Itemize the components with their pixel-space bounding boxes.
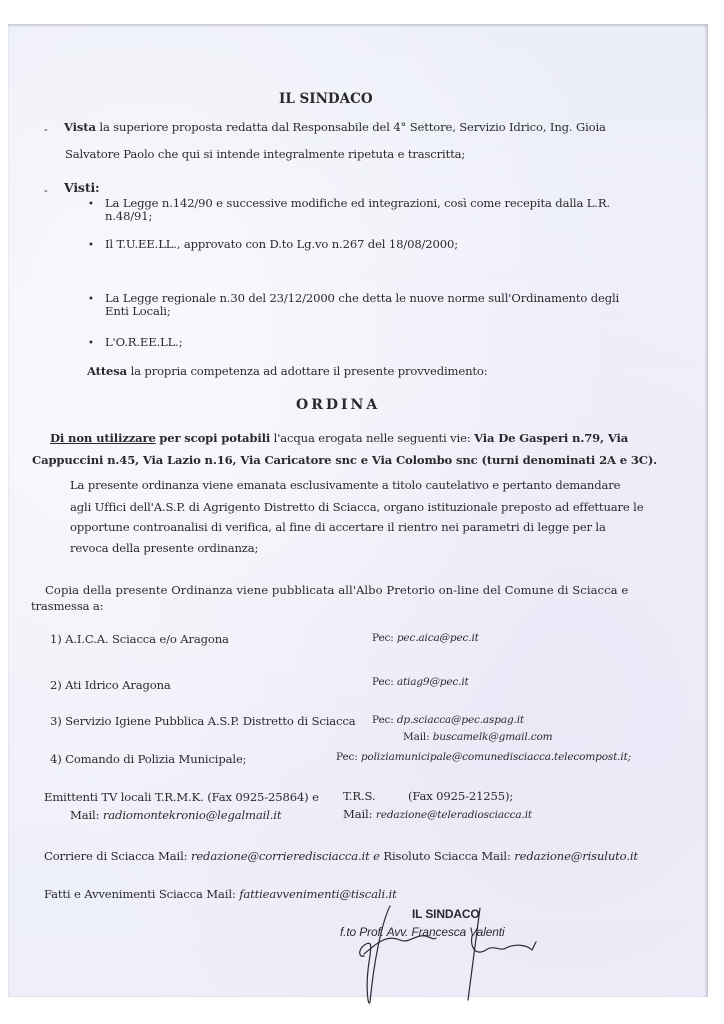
pec-label: Pec: bbox=[336, 751, 358, 763]
visti-item-3-line-1: La Legge regionale n.30 del 23/12/2000 c… bbox=[105, 291, 619, 305]
recipient-1-pec: Pec: pec.aica@pec.it bbox=[372, 631, 479, 645]
recipient-3-mail: Mail: buscamelk@gmail.com bbox=[403, 730, 552, 744]
handwritten-signature-icon bbox=[330, 900, 590, 1010]
recipient-2-pec: Pec: atiag9@pec.it bbox=[372, 675, 469, 689]
order-streets-1: Via De Gasperi n.79, Via bbox=[474, 431, 628, 445]
visti-item-1-line-1: La Legge n.142/90 e successive modifiche… bbox=[105, 196, 610, 210]
mail-label: Mail: bbox=[403, 731, 430, 743]
recipient-4-pec: Pec: poliziamunicipale@comunedisciacca.t… bbox=[336, 750, 631, 764]
vista-text: la superiore proposta redatta dal Respon… bbox=[99, 120, 605, 134]
media-trs-mail: Mail: redazione@teleradiosciacca.it bbox=[343, 807, 532, 822]
bullet-icon: • bbox=[88, 240, 94, 251]
recipient-3-email[interactable]: dp.sciacca@pec.aspag.it bbox=[397, 714, 524, 726]
trmk-email[interactable]: radiomontekronio@legalmail.it bbox=[103, 808, 281, 822]
order-streets-2: Cappuccini n.45, Via Lazio n.16, Via Car… bbox=[32, 453, 657, 467]
media-trmk: Emittenti TV locali T.R.M.K. (Fax 0925-2… bbox=[44, 790, 319, 804]
recipient-1-email[interactable]: pec.aica@pec.it bbox=[397, 632, 479, 644]
fatti-email[interactable]: fattieavvenimenti@tiscali.it bbox=[239, 887, 396, 901]
vista-label: Vista bbox=[64, 120, 96, 134]
media-corriere-risoluto: Corriere di Sciacca Mail: redazione@corr… bbox=[44, 849, 638, 863]
attesa-line: Attesa la propria competenza ad adottare… bbox=[87, 364, 488, 378]
copia-line-2: trasmessa a: bbox=[31, 599, 103, 613]
media-trmk-mail: Mail: radiomontekronio@legalmail.it bbox=[70, 808, 281, 822]
vista-line-1: Vista la superiore proposta redatta dal … bbox=[64, 120, 606, 134]
mail-label: Mail: bbox=[70, 808, 99, 822]
order-bold-1: per scopi potabili bbox=[159, 431, 270, 445]
recipient-1-name: 1) A.I.C.A. Sciacca e/o Aragona bbox=[50, 632, 229, 646]
conjunction: e bbox=[373, 849, 380, 863]
recipient-3-name: 3) Servizio Igiene Pubblica A.S.P. Distr… bbox=[50, 714, 355, 728]
order-text-1: l'acqua erogata nelle seguenti vie: bbox=[274, 431, 471, 445]
corriere-label: Corriere di Sciacca Mail: bbox=[44, 849, 187, 863]
visti-item-2: Il T.U.EE.LL., approvato con D.to Lg.vo … bbox=[105, 237, 458, 251]
order-underlined: Di non utilizzare bbox=[50, 431, 156, 445]
visti-label: Visti: bbox=[64, 181, 100, 195]
visti-item-3-line-2: Enti Locali; bbox=[105, 304, 171, 318]
copia-line-1: Copia della presente Ordinanza viene pub… bbox=[45, 583, 628, 597]
recipient-4-name: 4) Comando di Polizia Municipale; bbox=[50, 752, 246, 766]
mail-label: Mail: bbox=[343, 807, 372, 821]
recipient-3-pec: Pec: dp.sciacca@pec.aspag.it bbox=[372, 713, 524, 727]
risoluto-email[interactable]: redazione@risuluto.it bbox=[514, 849, 638, 863]
pec-label: Pec: bbox=[372, 676, 394, 688]
pec-label: Pec: bbox=[372, 632, 394, 644]
recipient-3-email-2[interactable]: buscamelk@gmail.com bbox=[433, 731, 553, 743]
vista-line-2: Salvatore Paolo che qui si intende integ… bbox=[65, 147, 465, 161]
cautela-line-3: opportune controanalisi di verifica, al … bbox=[70, 520, 606, 534]
cautela-line-1: La presente ordinanza viene emanata escl… bbox=[70, 478, 620, 492]
trs-email[interactable]: redazione@teleradiosciacca.it bbox=[376, 809, 532, 821]
fatti-label: Fatti e Avvenimenti Sciacca Mail: bbox=[44, 887, 236, 901]
bullet-icon: • bbox=[88, 294, 94, 305]
visti-item-4: L'O.R.EE.LL.; bbox=[105, 335, 182, 349]
visti-item-1-line-2: n.48/91; bbox=[105, 209, 152, 223]
recipient-2-name: 2) Ati Idrico Aragona bbox=[50, 678, 171, 692]
media-trs-fax: (Fax 0925-21255); bbox=[408, 789, 513, 803]
cautela-line-4: revoca della presente ordinanza; bbox=[70, 541, 258, 555]
bullet-icon: • bbox=[88, 338, 94, 349]
dash-marker: - bbox=[44, 184, 48, 197]
recipient-4-email[interactable]: poliziamunicipale@comunedisciacca.teleco… bbox=[361, 751, 631, 763]
dash-marker: - bbox=[44, 123, 48, 136]
media-trs: T.R.S. bbox=[343, 789, 375, 803]
corriere-email[interactable]: redazione@corrieredisciacca.it bbox=[191, 849, 370, 863]
media-fatti: Fatti e Avvenimenti Sciacca Mail: fattie… bbox=[44, 887, 397, 901]
bullet-icon: • bbox=[88, 199, 94, 210]
pec-label: Pec: bbox=[372, 714, 394, 726]
ordina-heading: ORDINA bbox=[296, 398, 380, 412]
attesa-label: Attesa bbox=[87, 364, 127, 378]
risoluto-label: Risoluto Sciacca Mail: bbox=[383, 849, 510, 863]
cautela-line-2: agli Uffici dell'A.S.P. di Agrigento Dis… bbox=[70, 500, 643, 514]
order-line-1: Di non utilizzare per scopi potabili l'a… bbox=[50, 431, 628, 445]
attesa-text: la propria competenza ad adottare il pre… bbox=[131, 364, 488, 378]
page-title: IL SINDACO bbox=[279, 92, 373, 106]
recipient-2-email[interactable]: atiag9@pec.it bbox=[397, 676, 469, 688]
